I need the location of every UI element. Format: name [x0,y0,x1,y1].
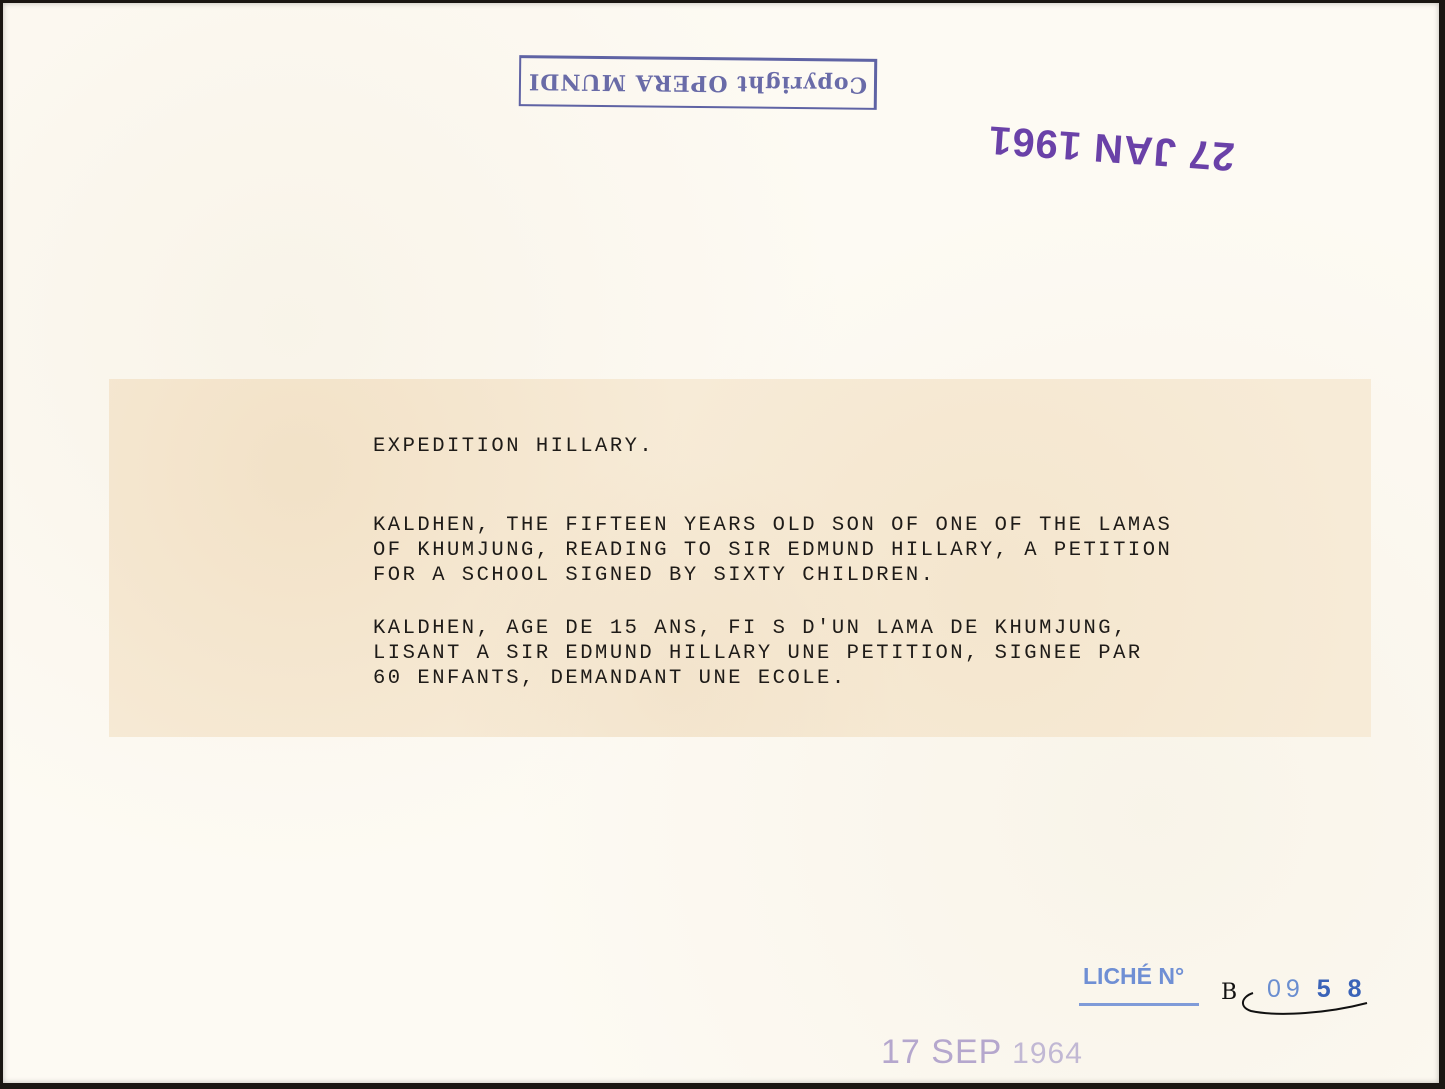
caption-title: EXPEDITION HILLARY. [373,434,654,459]
date-stamp-year: 1964 [1012,1037,1083,1070]
date-stamp-archived: 17 SEP 1964 [881,1033,1083,1072]
typed-caption-slip: EXPEDITION HILLARY. KALDHEN, THE FIFTEEN… [109,379,1371,737]
date-stamp-day-month: 17 SEP [881,1033,1002,1071]
cliche-stamp-underline [1079,1003,1199,1006]
caption-french-line: KALDHEN, AGE DE 15 ANS, FI S D'UN LAMA D… [373,617,1128,640]
caption-english-line: FOR A SCHOOL SIGNED BY SIXTY CHILDREN. [373,564,935,587]
caption-french-line: LISANT A SIR EDMUND HILLARY UNE PETITION… [373,642,1143,665]
date-stamp-received: 27 JAN 1961 [987,116,1236,178]
caption-english-line: KALDHEN, THE FIFTEEN YEARS OLD SON OF ON… [373,514,1172,537]
cliche-stamp-label: LICHÉ N° [1083,963,1184,990]
cliche-number: 09 5 8 [1267,975,1367,1004]
photo-back-card: Copyright OPERA MUNDI 27 JAN 1961 EXPEDI… [3,3,1439,1083]
cliche-number-bold-1: 5 [1317,975,1336,1003]
caption-french-line: 60 ENFANTS, DEMANDANT UNE ECOLE. [373,667,847,690]
caption-english: KALDHEN, THE FIFTEEN YEARS OLD SON OF ON… [373,513,1172,588]
cliche-number-light: 09 [1267,975,1305,1003]
handwritten-b: B [1221,980,1237,1005]
copyright-stamp-text: Copyright OPERA MUNDI [528,68,867,98]
cliche-handwritten-prefix: B [1221,980,1237,1005]
caption-english-line: OF KHUMJUNG, READING TO SIR EDMUND HILLA… [373,539,1172,562]
caption-french: KALDHEN, AGE DE 15 ANS, FI S D'UN LAMA D… [373,616,1143,691]
cliche-number-bold-2: 8 [1348,975,1367,1003]
copyright-stamp: Copyright OPERA MUNDI [519,55,878,110]
